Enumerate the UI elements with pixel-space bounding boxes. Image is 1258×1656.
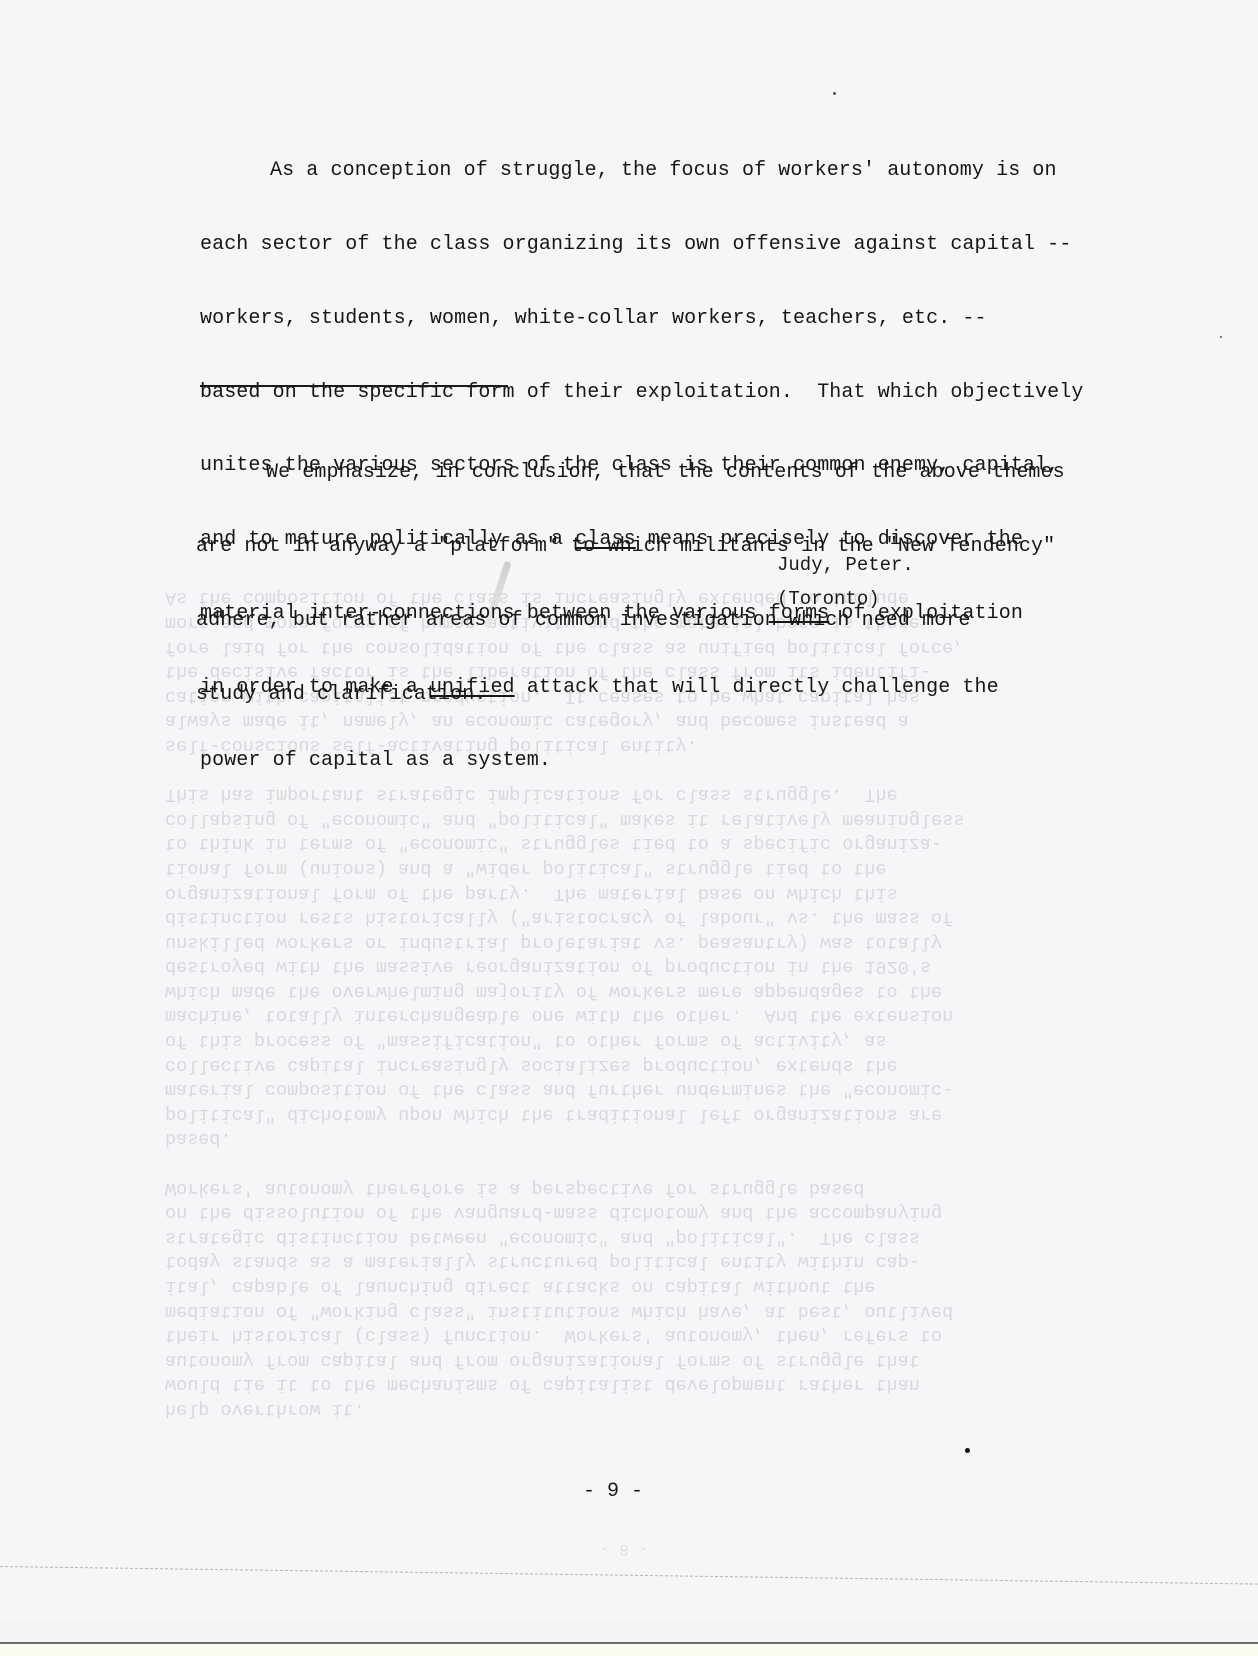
ghost-text-line: help overthrow it. bbox=[165, 1397, 1065, 1422]
text-line: each sector of the class organizing its … bbox=[200, 233, 1083, 258]
ghost-text-line: their historical (class) function. Worke… bbox=[165, 1323, 1065, 1348]
ghost-text-line: today stands as a materially structured … bbox=[165, 1249, 1065, 1274]
ghost-text-line bbox=[165, 1151, 1065, 1176]
document-page: help overthrow it.would tie it to the me… bbox=[0, 0, 1258, 1620]
ghost-text-line: strategic distinction between "economic"… bbox=[165, 1224, 1065, 1249]
text-line: We emphasize, in conclusion, that the co… bbox=[196, 461, 1065, 486]
ghost-text-line: mediation of "working class" institution… bbox=[165, 1298, 1065, 1323]
ghost-text-line: material composition of the class and fu… bbox=[165, 1077, 1065, 1102]
paper-speck bbox=[1220, 336, 1222, 338]
signature-block: Judy, Peter. (Toronto) bbox=[777, 548, 914, 616]
text-line: As a conception of struggle, the focus o… bbox=[200, 159, 1083, 184]
ghost-text-line: ital, capable of launching direct attack… bbox=[165, 1274, 1065, 1299]
text-line: adhere, but rather areas of common inves… bbox=[196, 609, 1065, 634]
signature-names: Judy, Peter. bbox=[777, 554, 914, 576]
ghost-text-line: of this process of "massification" to ot… bbox=[165, 1028, 1065, 1053]
ghost-text-line: which made the overwhelming majority of … bbox=[165, 979, 1065, 1004]
ghost-text-line: destroyed with the massive reorganizatio… bbox=[165, 954, 1065, 979]
ghost-text-line: collective capital increasingly socializ… bbox=[165, 1052, 1065, 1077]
fold-line bbox=[0, 1566, 1258, 1586]
ghost-text-line: to think in terms of "economic" struggle… bbox=[165, 831, 1065, 856]
ghost-text-line: tional form (unions) and a "wider politi… bbox=[165, 856, 1065, 881]
ghost-text-line: organizational form of the party. The ma… bbox=[165, 880, 1065, 905]
ghost-text-line: Workers' autonomy therefore is a perspec… bbox=[165, 1175, 1065, 1200]
ghost-text-line: would tie it to the mechanisms of capita… bbox=[165, 1372, 1065, 1397]
signature-location: (Toronto) bbox=[777, 588, 880, 610]
ghost-text-line: based. bbox=[165, 1126, 1065, 1151]
paper-speck bbox=[965, 1448, 970, 1453]
section-divider bbox=[200, 385, 508, 387]
ghost-text-line: autonomy from capital and from organizat… bbox=[165, 1347, 1065, 1372]
page-edge bbox=[0, 1642, 1258, 1656]
ghost-page-number: - 8 - bbox=[600, 1540, 648, 1558]
text-line: study and clarification. bbox=[196, 683, 1065, 708]
ghost-text-line: political" dichotomy upon which the trad… bbox=[165, 1101, 1065, 1126]
paragraph-conclusion: We emphasize, in conclusion, that the co… bbox=[196, 412, 1065, 756]
ghost-text-line: on the dissolution of the vanguard-mass … bbox=[165, 1200, 1065, 1225]
ghost-text-line: unskilled workers or industrial proletar… bbox=[165, 929, 1065, 954]
page-number: - 9 - bbox=[583, 1480, 643, 1503]
ghost-text-line: distinction rests historically ("aristoc… bbox=[165, 905, 1065, 930]
text-line: are not in anyway a "platform" to which … bbox=[196, 535, 1065, 560]
text-line: workers, students, women, white-collar w… bbox=[200, 307, 1083, 332]
paper-speck bbox=[833, 92, 836, 95]
ghost-text-line: machine, totally interchangeable one wit… bbox=[165, 1003, 1065, 1028]
